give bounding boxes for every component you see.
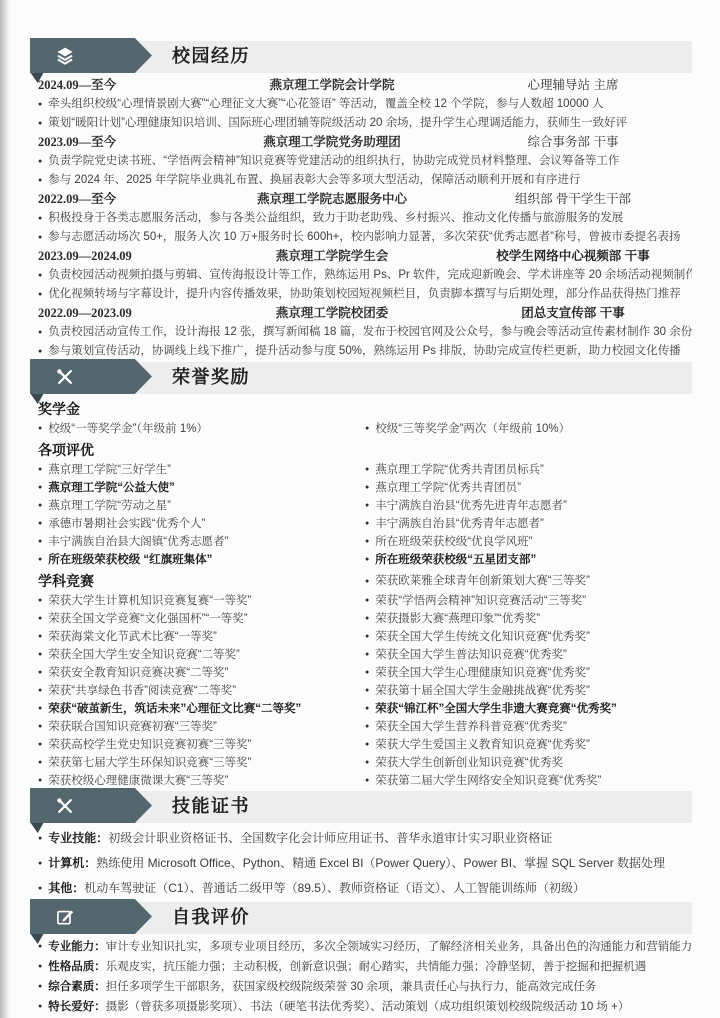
honors-item: ●荣获全国文学竞赛“文化强国杯”“一等奖”: [38, 610, 365, 628]
honors-item-text: 荣获全国大学生营养科普竞赛“优秀奖”: [375, 718, 567, 736]
experience-bullet: ●优化视频转场与字幕设计，提升内容传播效果，协助策划校园短视频栏目，负责脚本撰写…: [38, 285, 692, 304]
experience-row: 2022.09—至今燕京理工学院志愿服务中心组织部 骨干学生干部: [38, 190, 692, 209]
bullet-dot: ●: [365, 515, 369, 533]
honors-item: ●校级“一等奖学金”（年级前 1%）: [38, 420, 365, 438]
honors-item: ●燕京理工学院“劳动之星”: [38, 497, 365, 515]
honors-item: ●燕京理工学院“公益大使”: [38, 479, 365, 497]
honors-item-text: 荣获安全教育知识竞赛决赛“二等奖”: [48, 664, 228, 682]
bullet-dot: ●: [365, 497, 369, 515]
honors-subheading-cell: 学科竞赛: [38, 571, 365, 592]
experience-bullet: ●负责学院党史读书班、“学悟两会精神”知识竞赛等党建活动的组织执行，协助完成党员…: [38, 152, 692, 171]
honors-item: ●荣获校级心理健康微课大赛“三等奖”: [38, 772, 365, 790]
honors-subheading-cell: 各项评优: [38, 440, 365, 461]
skills-body: ●专业技能：初级会计职业资格证书、全国数字化会计师应用证书、普华永道审计实习职业…: [0, 822, 720, 901]
self-evaluation-item-label: 特长爱好：: [48, 997, 106, 1017]
bullet-dot: ●: [365, 610, 369, 628]
honors-item: ●丰宁满族自治县“优秀青年志愿者”: [365, 515, 692, 533]
honors-item-text: 荣获全国大学生安全知识竞赛“二等奖”: [48, 646, 240, 664]
honors-item: ●承德市暑期社会实践“优秀个人”: [38, 515, 365, 533]
bullet-dot: ●: [365, 718, 369, 736]
resume-page: 校园经历 2024.09—至今燕京理工学院会计学院心理辅导站 主席●牵头组织校级…: [0, 0, 720, 1017]
skill-item-label: 其他：: [48, 876, 84, 901]
section-banner: [30, 788, 152, 823]
honors-item-text: 荣获第十届全国大学生金融挑战赛“优秀奖”: [375, 682, 590, 700]
bullet-dot: ●: [38, 209, 42, 228]
honors-item: ●所在班级荣获校级 “红旗班集体”: [38, 551, 365, 569]
bullet-dot: ●: [38, 646, 42, 664]
self-evaluation-item: ●性格品质：乐观皮实，抗压能力强；主动积极，创新意识强；耐心踏实，共情能力强；冷…: [38, 957, 692, 977]
honors-row: ●荣获“破茧新生，筑话未来”心理征文比赛“二等奖”●荣获“锦江杯”全国大学生非遗…: [38, 700, 692, 718]
honors-item-text: 燕京理工学院“优秀共青团员”: [375, 479, 521, 497]
honors-section-header: 荣誉奖励: [30, 361, 692, 393]
bullet-dot: ●: [38, 718, 42, 736]
honors-item-text: 燕京理工学院“劳动之星”: [48, 497, 171, 515]
bullet-dot: ●: [365, 754, 369, 772]
honors-row: ●荣获大学生计算机知识竞赛复赛“一等奖”●荣获“学悟两会精神”知识竞赛活动“三等…: [38, 592, 692, 610]
honors-item: ●荣获海棠文化节武术比赛“一等奖”: [38, 628, 365, 646]
bullet-dot: ●: [38, 682, 42, 700]
bullet-dot: ●: [365, 664, 369, 682]
experience-organization: 燕京理工学院会计学院: [210, 76, 454, 95]
honors-item-text: 荣获欧莱雅全球青年创新策划大赛“三等奖”: [375, 571, 590, 592]
honors-group-header-row: 学科竞赛●荣获欧莱雅全球青年创新策划大赛“三等奖”: [38, 571, 692, 592]
honors-item: ●荣获安全教育知识竞赛决赛“二等奖”: [38, 664, 365, 682]
bullet-dot: ●: [365, 592, 369, 610]
experience-organization: 燕京理工学院校团委: [210, 304, 454, 323]
honors-item-text: 荣获“破茧新生，筑话未来”心理征文比赛“二等奖”: [48, 700, 301, 718]
self-evaluation-item-label: 专业能力：: [48, 937, 106, 957]
honors-item: ●荣获高校学生党史知识竞赛初赛“三等奖”: [38, 736, 365, 754]
honors-item-text: 承德市暑期社会实践“优秀个人”: [48, 515, 205, 533]
bullet-dot: ●: [365, 479, 369, 497]
honors-item: ●荣获大学生计算机知识竞赛复赛“一等奖”: [38, 592, 365, 610]
honors-item: ●校级“三等奖学金”两次（年级前 10%）: [365, 420, 692, 438]
section-skills: 技能证书 ●专业技能：初级会计职业资格证书、全国数字化会计师应用证书、普华永道审…: [0, 790, 720, 901]
experience-bullet: ●参与 2024 年、2025 年学院毕业典礼布置、换届表彰大会等多项大型活动，…: [38, 171, 692, 190]
honors-item-text: 荣获大学生计算机知识竞赛复赛“一等奖”: [48, 592, 251, 610]
honors-item-text: 所在班级荣获校级 “红旗班集体”: [48, 551, 212, 569]
experience-row: 2023.09—至今燕京理工学院党务助理团综合事务部 干事: [38, 133, 692, 152]
honors-row: ●燕京理工学院“公益大使”●燕京理工学院“优秀共青团员”: [38, 479, 692, 497]
experience-bullet: ●参与志愿活动场次 50+，服务人次 10 万+服务时长 600h+，校内影响力…: [38, 228, 692, 247]
honors-row: ●荣获安全教育知识竞赛决赛“二等奖”●荣获全国大学生心理健康知识竞赛“优秀奖”: [38, 664, 692, 682]
skill-item-label: 计算机：: [48, 851, 96, 876]
self-evaluation-item-label: 性格品质：: [48, 957, 106, 977]
honors-subheading: 奖学金: [38, 399, 80, 420]
honors-row: ●荣获全国大学生安全知识竞赛“二等奖”●荣获全国大学生普法知识竞赛“优秀奖”: [38, 646, 692, 664]
self-evaluation-item: ●综合素质：担任多项学生干部职务，获国家级校级院级荣誉 30 余项，兼具责任心与…: [38, 977, 692, 997]
bullet-text: 参与志愿活动场次 50+，服务人次 10 万+服务时长 600h+，校内影响力显…: [48, 228, 680, 247]
bullet-text: 参与 2024 年、2025 年学院毕业典礼布置、换届表彰大会等多项大型活动，保…: [48, 171, 580, 190]
honors-item-text: 荣获联合国知识竞赛初赛“三等奖”: [48, 718, 217, 736]
honors-row: ●所在班级荣获校级 “红旗班集体”●所在班级荣获校级“五星团支部”: [38, 551, 692, 569]
honors-subheading-cell: 奖学金: [38, 399, 365, 420]
bullet-dot: ●: [38, 420, 42, 438]
bullet-text: 参与策划宣传活动，协调线上线下推广，提升活动参与度 50%，熟练运用 Ps 排版…: [48, 342, 681, 361]
honors-item-text: 荣获第二届大学生网络安全知识竞赛“优秀奖”: [375, 772, 601, 790]
honors-item: ●荣获摄影大赛“燕理印象”“优秀奖”: [365, 610, 692, 628]
bullet-dot: ●: [38, 285, 42, 304]
honors-section-title: 荣誉奖励: [172, 361, 250, 393]
honors-item: ●荣获联合国知识竞赛初赛“三等奖”: [38, 718, 365, 736]
experience-bullet: ●参与策划宣传活动，协调线上线下推广，提升活动参与度 50%，熟练运用 Ps 排…: [38, 342, 692, 361]
honors-row: ●荣获高校学生党史知识竞赛初赛“三等奖”●荣获大学生爱国主义教育知识竞赛“优秀奖…: [38, 736, 692, 754]
honors-item-text: 校级“三等奖学金”两次（年级前 10%）: [375, 420, 570, 438]
section-honors: 荣誉奖励 奖学金●校级“一等奖学金”（年级前 1%）●校级“三等奖学金”两次（年…: [0, 361, 720, 790]
honors-subheading: 各项评优: [38, 440, 94, 461]
honors-item-text: 荣获大学生爱国主义教育知识竞赛“优秀奖”: [375, 736, 590, 754]
honors-item-text: 荣获高校学生党史知识竞赛初赛“三等奖”: [48, 736, 251, 754]
honors-item-text: 所在班级荣获校级“五星团支部”: [375, 551, 536, 569]
honors-item: ●荣获“破茧新生，筑话未来”心理征文比赛“二等奖”: [38, 700, 365, 718]
self-section-header: 自我评价: [30, 901, 692, 933]
honors-item-text: 荣获校级心理健康微课大赛“三等奖”: [48, 772, 228, 790]
self-evaluation-item: ●专业能力：审计专业知识扎实，多项专业项目经历，多次全领域实习经历，了解经济相关…: [38, 937, 692, 957]
bullet-text: 负责校园活动宣传工作，设计海报 12 张，撰写新闻稿 18 篇，发布于校园官网及…: [48, 323, 692, 342]
section-banner: [30, 899, 152, 934]
honors-row: ●荣获第七届大学生环保知识竞赛“三等奖”●荣获大学生创新创业知识竞赛“优秀奖: [38, 754, 692, 772]
bullet-dot: ●: [38, 592, 42, 610]
honors-item: ●荣获“学悟两会精神”知识竞赛活动“三等奖”: [365, 592, 692, 610]
skill-item: ●专业技能：初级会计职业资格证书、全国数字化会计师应用证书、普华永道审计实习职业…: [38, 826, 692, 851]
honors-item: ●荣获第七届大学生环保知识竞赛“三等奖”: [38, 754, 365, 772]
bullet-dot: ●: [365, 736, 369, 754]
bullet-dot: ●: [38, 479, 42, 497]
honors-item: ●荣获全国大学生营养科普竞赛“优秀奖”: [365, 718, 692, 736]
bullet-dot: ●: [38, 551, 42, 569]
honors-row: ●丰宁满族自治县大阁镇“优秀志愿者”●所在班级荣获校级“优良学风班”: [38, 533, 692, 551]
experience-date: 2023.09—2024.09: [38, 247, 210, 266]
bullet-dot: ●: [38, 851, 42, 876]
experience-organization: 燕京理工学院党务助理团: [210, 133, 454, 152]
experience-role: 校学生网络中心视频部 干事: [454, 247, 692, 266]
honors-item: ●荣获第十届全国大学生金融挑战赛“优秀奖”: [365, 682, 692, 700]
experience-date: 2023.09—至今: [38, 133, 210, 152]
self-evaluation-item-label: 综合素质：: [48, 977, 106, 997]
edit-pencil-icon: [55, 907, 75, 927]
bullet-dot: ●: [38, 754, 42, 772]
self-body: ●专业能力：审计专业知识扎实，多项专业项目经历，多次全领域实习经历，了解经济相关…: [0, 933, 720, 1017]
bullet-dot: ●: [38, 736, 42, 754]
honors-item-text: 荣获全国大学生普法知识竞赛“优秀奖”: [375, 646, 567, 664]
honors-row: ●燕京理工学院“三好学生”●燕京理工学院“优秀共青团员标兵”: [38, 461, 692, 479]
honors-item-text: 荣获全国大学生传统文化知识竞赛“优秀奖”: [375, 628, 590, 646]
bullet-dot: ●: [38, 664, 42, 682]
honors-group-header-row: 各项评优: [38, 440, 692, 461]
bullet-dot: ●: [38, 610, 42, 628]
experience-bullet: ●负责校园活动视频拍摄与剪辑、宣传海报设计等工作，熟练运用 Ps、Pr 软件，完…: [38, 266, 692, 285]
honors-item: ●所在班级荣获校级“五星团支部”: [365, 551, 692, 569]
bullet-dot: ●: [38, 533, 42, 551]
honors-row: ●荣获联合国知识竞赛初赛“三等奖”●荣获全国大学生营养科普竞赛“优秀奖”: [38, 718, 692, 736]
experience-organization: 燕京理工学院志愿服务中心: [210, 190, 454, 209]
experience-bullet: ●积极投身于各类志愿服务活动，参与各类公益组织，致力于助老助残、乡村振兴、推动文…: [38, 209, 692, 228]
bullet-dot: ●: [38, 876, 42, 901]
honors-row: ●荣获全国文学竞赛“文化强国杯”“一等奖”●荣获摄影大赛“燕理印象”“优秀奖”: [38, 610, 692, 628]
experience-organization: 燕京理工学院学生会: [210, 247, 454, 266]
honors-item-text: 荣获“共享绿色书香”阅读竞赛“二等奖”: [48, 682, 236, 700]
skill-item-label: 专业技能：: [48, 826, 108, 851]
bullet-dot: ●: [38, 515, 42, 533]
bullet-dot: ●: [365, 461, 369, 479]
bullet-dot: ●: [365, 571, 369, 592]
section-banner: [30, 38, 152, 73]
honors-item: ●荣获大学生创新创业知识竞赛“优秀奖: [365, 754, 692, 772]
honors-item-text: 荣获“学悟两会精神”知识竞赛活动“三等奖”: [375, 592, 586, 610]
self-evaluation-item-text: 审计专业知识扎实，多项专业项目经历，多次全领域实习经历，了解经济相关业务，具备出…: [106, 937, 692, 957]
honors-item-text: 荣获海棠文化节武术比赛“一等奖”: [48, 628, 217, 646]
honors-item: ●荣获大学生爱国主义教育知识竞赛“优秀奖”: [365, 736, 692, 754]
bullet-dot: ●: [38, 977, 42, 997]
honors-row: ●校级“一等奖学金”（年级前 1%）●校级“三等奖学金”两次（年级前 10%）: [38, 420, 692, 438]
experience-role: 心理辅导站 主席: [454, 76, 692, 95]
section-self-evaluation: 自我评价 ●专业能力：审计专业知识扎实，多项专业项目经历，多次全领域实习经历，了…: [0, 901, 720, 1017]
experience-bullet: ●策划“暖阳计划”心理健康知识培训、国际班心理团辅等院级活动 20 余场，提升学…: [38, 114, 692, 133]
bullet-dot: ●: [38, 700, 42, 718]
bullet-text: 策划“暖阳计划”心理健康知识培训、国际班心理团辅等院级活动 20 余场，提升学生…: [48, 114, 627, 133]
campus-section-title: 校园经历: [172, 40, 250, 72]
honors-item: ●荣获“共享绿色书香”阅读竞赛“二等奖”: [38, 682, 365, 700]
honors-item: ●荣获全国大学生心理健康知识竞赛“优秀奖”: [365, 664, 692, 682]
bullet-text: 牵头组织校级“心理情景剧大赛”“心理征文大赛”“心花签语” 等活动，覆盖全校 1…: [48, 95, 603, 114]
honors-item-text: 燕京理工学院“优秀共青团员标兵”: [375, 461, 544, 479]
self-evaluation-item-text: 担任多项学生干部职务，获国家级校级院级荣誉 30 余项，兼具责任心与执行力，能高…: [106, 977, 597, 997]
skill-item: ●计算机：熟练使用 Microsoft Office、Python、精通 Exc…: [38, 851, 692, 876]
honors-item-text: 荣获“锦江杯”全国大学生非遗大赛竞赛“优秀奖”: [375, 700, 617, 718]
experience-date: 2022.09—至今: [38, 190, 210, 209]
section-campus-experience: 校园经历 2024.09—至今燕京理工学院会计学院心理辅导站 主席●牵头组织校级…: [0, 40, 720, 361]
honors-item: ●丰宁满族自治县“优秀先进青年志愿者”: [365, 497, 692, 515]
experience-bullet: ●负责校园活动宣传工作，设计海报 12 张，撰写新闻稿 18 篇，发布于校园官网…: [38, 323, 692, 342]
experience-row: 2022.09—2023.09燕京理工学院校团委团总支宣传部 干事: [38, 304, 692, 323]
bullet-dot: ●: [365, 772, 369, 790]
experience-row: 2024.09—至今燕京理工学院会计学院心理辅导站 主席: [38, 76, 692, 95]
honors-item: ●荣获全国大学生传统文化知识竞赛“优秀奖”: [365, 628, 692, 646]
honors-item: ●荣获欧莱雅全球青年创新策划大赛“三等奖”: [365, 571, 692, 592]
self-evaluation-item-text: 摄影（曾获多项摄影奖项）、书法（硬笔书法优秀奖）、活动策划（成功组织策划校级院级…: [106, 997, 630, 1017]
honors-item: ●荣获全国大学生普法知识竞赛“优秀奖”: [365, 646, 692, 664]
bullet-dot: ●: [38, 342, 42, 361]
experience-role: 组织部 骨干学生干部: [454, 190, 692, 209]
honors-subheading: 学科竞赛: [38, 571, 94, 592]
bullet-dot: ●: [38, 997, 42, 1017]
layers-icon: [55, 46, 75, 66]
honors-row: ●燕京理工学院“劳动之星”●丰宁满族自治县“优秀先进青年志愿者”: [38, 497, 692, 515]
bullet-text: 积极投身于各类志愿服务活动，参与各类公益组织，致力于助老助残、乡村振兴、推动文化…: [48, 209, 623, 228]
self-evaluation-item: ●特长爱好：摄影（曾获多项摄影奖项）、书法（硬笔书法优秀奖）、活动策划（成功组织…: [38, 997, 692, 1017]
honors-row: ●荣获“共享绿色书香”阅读竞赛“二等奖”●荣获第十届全国大学生金融挑战赛“优秀奖…: [38, 682, 692, 700]
self-section-title: 自我评价: [172, 901, 250, 933]
honors-item: ●荣获“锦江杯”全国大学生非遗大赛竞赛“优秀奖”: [365, 700, 692, 718]
bullet-text: 优化视频转场与字幕设计，提升内容传播效果，协助策划校园短视频栏目，负责脚本撰写与…: [48, 285, 681, 304]
campus-section-header: 校园经历: [30, 40, 692, 72]
honors-item-text: 荣获全国文学竞赛“文化强国杯”“一等奖”: [48, 610, 247, 628]
skills-section-title: 技能证书: [172, 790, 250, 822]
honors-item-text: 荣获第七届大学生环保知识竞赛“三等奖”: [48, 754, 251, 772]
bullet-dot: ●: [38, 152, 42, 171]
honors-item-text: 丰宁满族自治县“优秀青年志愿者”: [375, 515, 544, 533]
bullet-dot: ●: [365, 533, 369, 551]
bullet-dot: ●: [365, 551, 369, 569]
honors-row: ●荣获海棠文化节武术比赛“一等奖”●荣获全国大学生传统文化知识竞赛“优秀奖”: [38, 628, 692, 646]
bullet-dot: ●: [365, 420, 369, 438]
experience-role: 团总支宣传部 干事: [454, 304, 692, 323]
honors-body: 奖学金●校级“一等奖学金”（年级前 1%）●校级“三等奖学金”两次（年级前 10…: [0, 393, 720, 790]
self-evaluation-item-text: 乐观皮实，抗压能力强；主动积极，创新意识强；耐心踏实，共情能力强；冷静坚韧，善于…: [106, 957, 647, 977]
skill-item: ●其他：机动车驾驶证（C1）、普通话二级甲等（89.5）、教师资格证（语文）、人…: [38, 876, 692, 901]
experience-bullet: ●牵头组织校级“心理情景剧大赛”“心理征文大赛”“心花签语” 等活动，覆盖全校 …: [38, 95, 692, 114]
honors-item-text: 荣获全国大学生心理健康知识竞赛“优秀奖”: [375, 664, 590, 682]
honors-item-text: 荣获大学生创新创业知识竞赛“优秀奖: [375, 754, 563, 772]
crossed-tools-icon: [55, 367, 75, 387]
bullet-dot: ●: [365, 700, 369, 718]
honors-item-text: 所在班级荣获校级“优良学风班”: [375, 533, 532, 551]
honors-row: ●承德市暑期社会实践“优秀个人”●丰宁满族自治县“优秀青年志愿者”: [38, 515, 692, 533]
bullet-dot: ●: [365, 682, 369, 700]
honors-item: ●燕京理工学院“优秀共青团员”: [365, 479, 692, 497]
bullet-dot: ●: [38, 266, 42, 285]
honors-item-text: 校级“一等奖学金”（年级前 1%）: [48, 420, 208, 438]
honors-item-text: 荣获摄影大赛“燕理印象”“优秀奖”: [375, 610, 540, 628]
bullet-dot: ●: [365, 646, 369, 664]
honors-item: ●燕京理工学院“三好学生”: [38, 461, 365, 479]
honors-item: ●荣获第二届大学生网络安全知识竞赛“优秀奖”: [365, 772, 692, 790]
honors-item: ●丰宁满族自治县大阁镇“优秀志愿者”: [38, 533, 365, 551]
honors-item-text: 丰宁满族自治县“优秀先进青年志愿者”: [375, 497, 567, 515]
bullet-dot: ●: [38, 228, 42, 247]
bullet-dot: ●: [38, 957, 42, 977]
experience-date: 2024.09—至今: [38, 76, 210, 95]
honors-item: ●荣获全国大学生安全知识竞赛“二等奖”: [38, 646, 365, 664]
bullet-text: 负责学院党史读书班、“学悟两会精神”知识竞赛等党建活动的组织执行，协助完成党员材…: [48, 152, 619, 171]
honors-row: ●荣获校级心理健康微课大赛“三等奖”●荣获第二届大学生网络安全知识竞赛“优秀奖”: [38, 772, 692, 790]
skills-section-header: 技能证书: [30, 790, 692, 822]
experience-date: 2022.09—2023.09: [38, 304, 210, 323]
bullet-dot: ●: [38, 114, 42, 133]
honors-item-text: 燕京理工学院“公益大使”: [48, 479, 175, 497]
honors-group-header-row: 奖学金: [38, 399, 692, 420]
bullet-dot: ●: [38, 323, 42, 342]
bullet-dot: ●: [38, 461, 42, 479]
honors-item-text: 丰宁满族自治县大阁镇“优秀志愿者”: [48, 533, 228, 551]
experience-role: 综合事务部 干事: [454, 133, 692, 152]
bullet-dot: ●: [38, 628, 42, 646]
honors-item: ●所在班级荣获校级“优良学风班”: [365, 533, 692, 551]
crossed-tools-icon: [55, 796, 75, 816]
skill-item-text: 初级会计职业资格证书、全国数字化会计师应用证书、普华永道审计实习职业资格证: [108, 826, 552, 851]
campus-body: 2024.09—至今燕京理工学院会计学院心理辅导站 主席●牵头组织校级“心理情景…: [0, 72, 720, 361]
skill-item-text: 熟练使用 Microsoft Office、Python、精通 Excel BI…: [96, 851, 665, 876]
honors-item-text: 燕京理工学院“三好学生”: [48, 461, 171, 479]
bullet-dot: ●: [365, 628, 369, 646]
experience-row: 2023.09—2024.09燕京理工学院学生会校学生网络中心视频部 干事: [38, 247, 692, 266]
bullet-dot: ●: [38, 171, 42, 190]
bullet-text: 负责校园活动视频拍摄与剪辑、宣传海报设计等工作，熟练运用 Ps、Pr 软件，完成…: [48, 266, 692, 285]
bullet-dot: ●: [38, 772, 42, 790]
bullet-dot: ●: [38, 497, 42, 515]
section-banner: [30, 359, 152, 394]
honors-item: ●燕京理工学院“优秀共青团员标兵”: [365, 461, 692, 479]
bullet-dot: ●: [38, 95, 42, 114]
skill-item-text: 机动车驾驶证（C1）、普通话二级甲等（89.5）、教师资格证（语文）、人工智能训…: [84, 876, 585, 901]
